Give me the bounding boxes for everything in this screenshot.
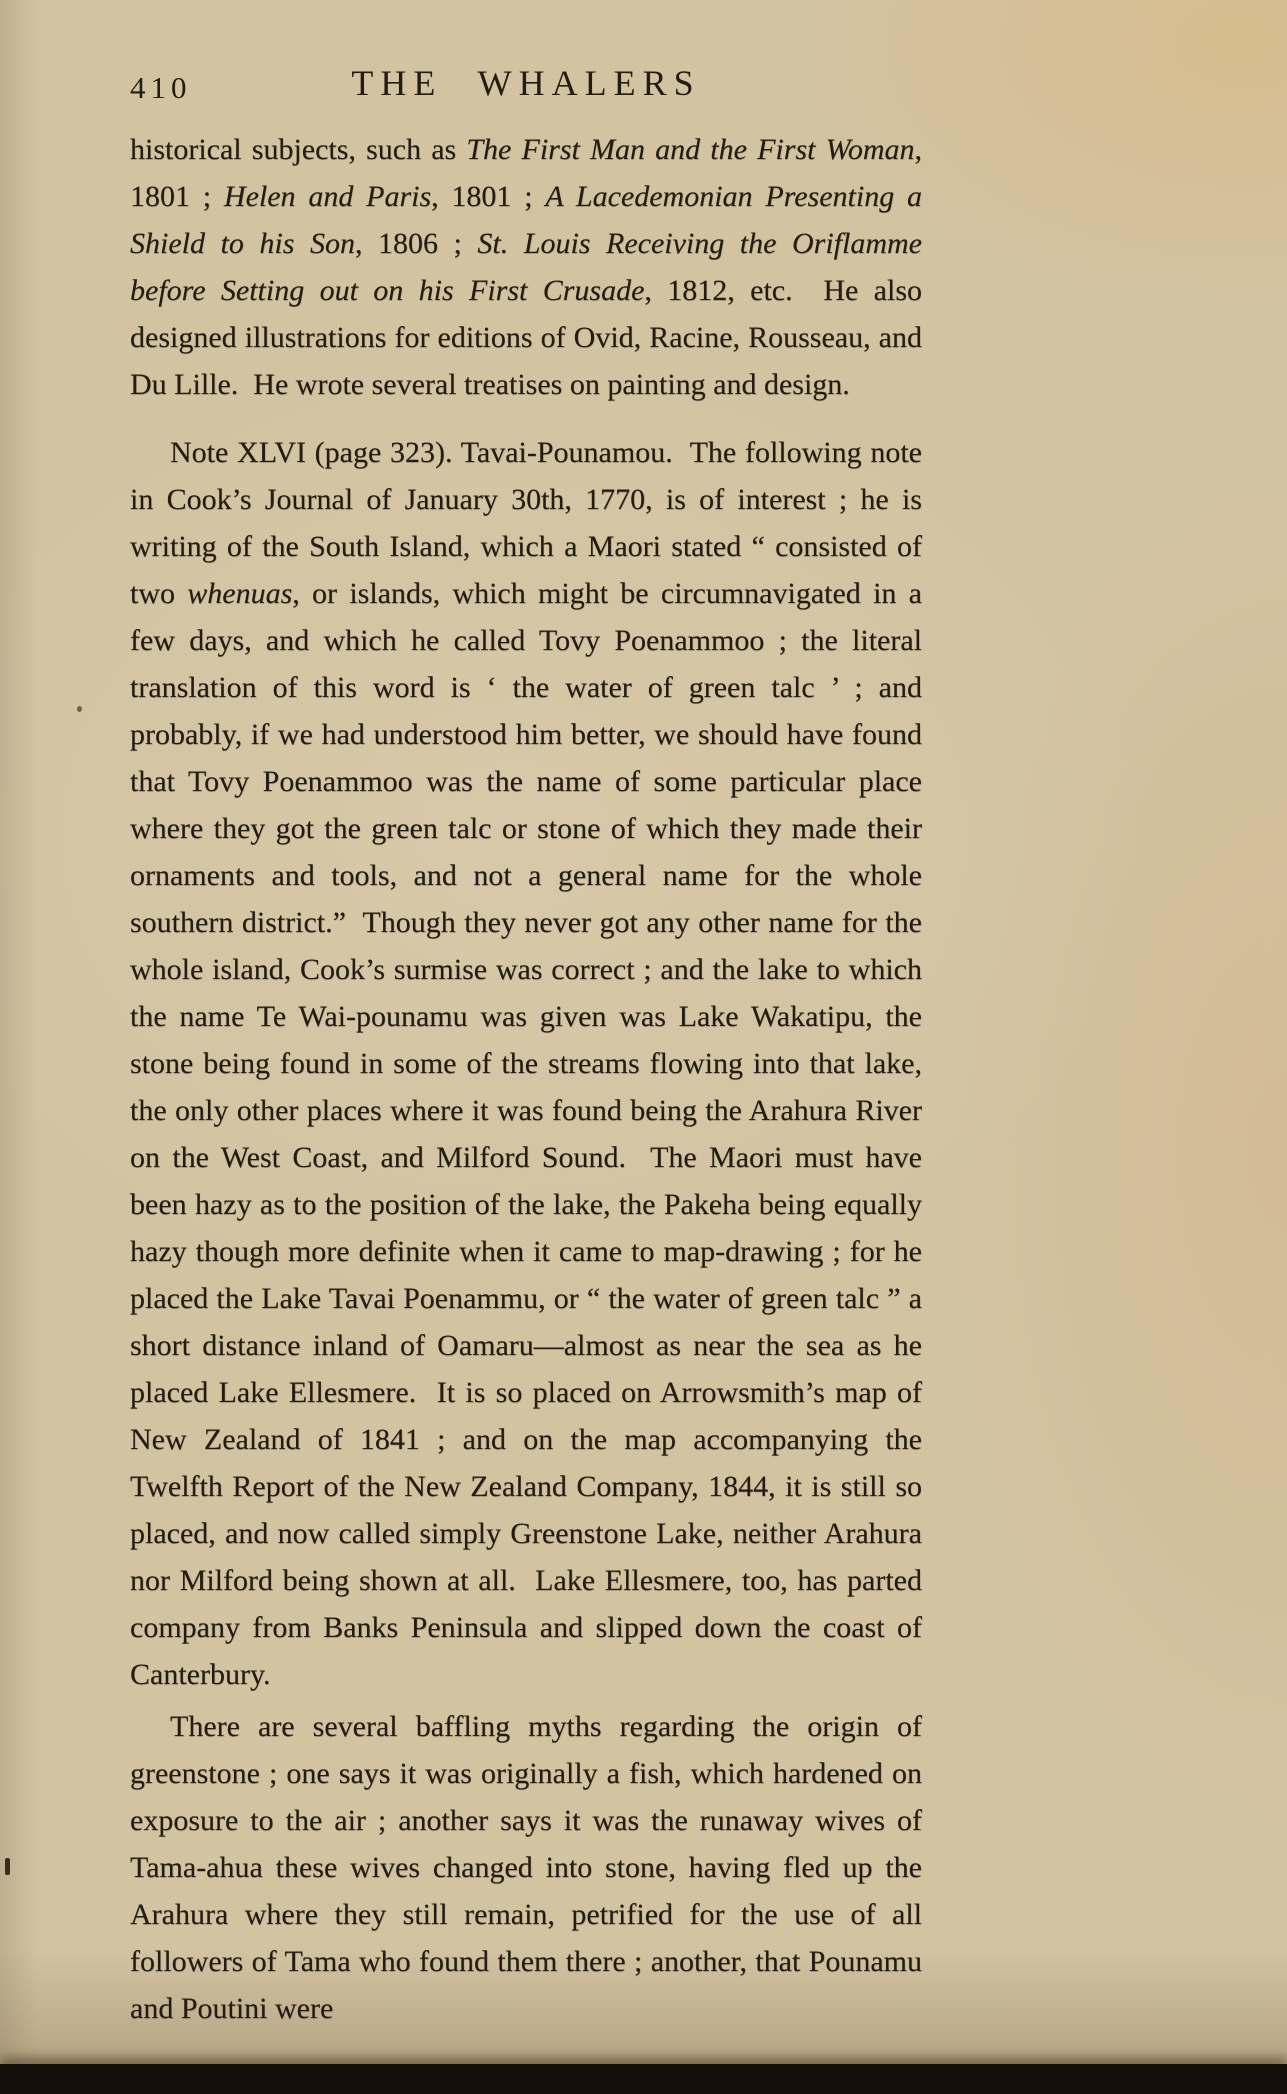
text-segment: There are several baffling myths regardi… <box>130 1710 922 2025</box>
page-text: historical subjects, such as The First M… <box>130 126 922 2032</box>
running-title: THE WHALERS <box>130 62 922 104</box>
paragraph: historical subjects, such as The First M… <box>130 126 922 408</box>
book-page-scan: 410 THE WHALERS historical subjects, suc… <box>0 0 1287 2094</box>
italic-text-segment: The First Man and the First Woman <box>466 133 914 166</box>
page-header: 410 THE WHALERS <box>130 62 922 112</box>
text-segment: , 1806 ; <box>355 227 477 260</box>
page-edge-mark <box>5 1858 10 1875</box>
text-segment: historical subjects, such as <box>130 133 466 166</box>
scan-bottom-edge <box>0 2064 1287 2094</box>
text-segment: , or islands, which might be circumnavig… <box>130 577 922 1691</box>
ink-speck <box>77 706 82 712</box>
italic-text-segment: whenuas <box>187 577 292 610</box>
italic-text-segment: Helen and Paris <box>224 180 431 213</box>
paragraph: Note XLVI (page 323). Tavai-Pounamou. Th… <box>130 429 922 1698</box>
page-number: 410 <box>130 70 192 106</box>
text-segment: , 1801 ; <box>431 180 545 213</box>
paragraph: There are several baffling myths regardi… <box>130 1703 922 2032</box>
